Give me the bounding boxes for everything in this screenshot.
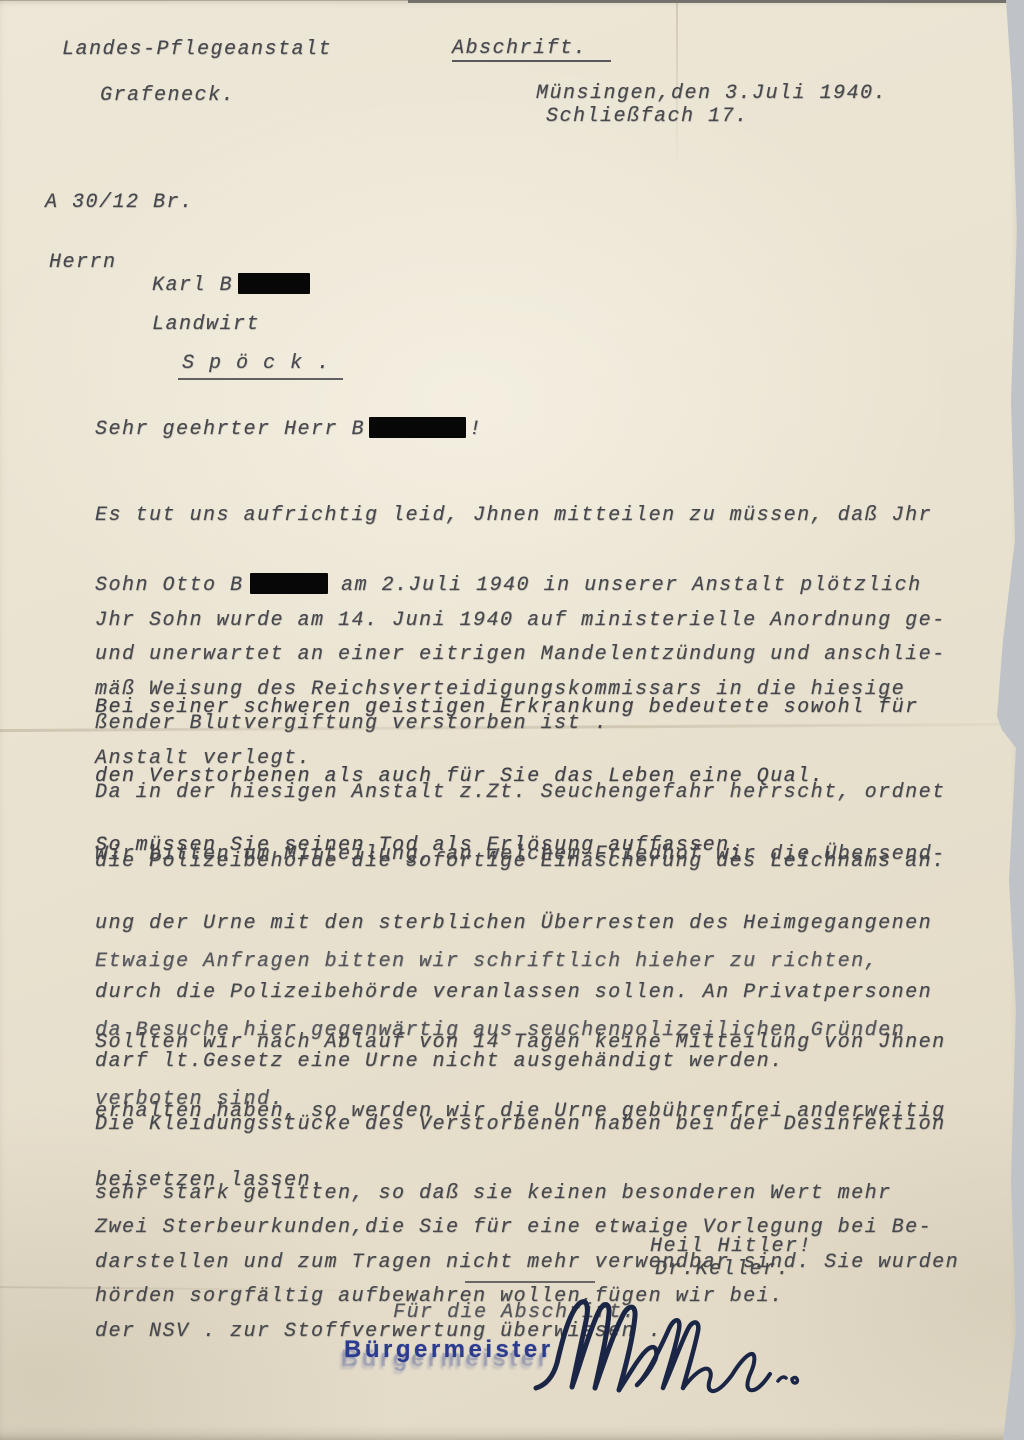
scan-edge-top-faint xyxy=(0,0,408,1)
recipient-name: Karl B xyxy=(152,273,310,297)
recipient-title: Herrn xyxy=(49,251,117,274)
copy-label-text: Abschrift. xyxy=(452,37,611,62)
scanned-letter-page: { "colors": { "scanner_background": "#bf… xyxy=(0,0,1024,1440)
reference-number: A 30/12 Br. xyxy=(45,191,194,214)
copy-label: Abschrift. xyxy=(452,37,611,62)
po-box: Schließfach 17. xyxy=(546,105,749,128)
recipient-town: S p ö c k . xyxy=(178,352,343,380)
redaction-box-name xyxy=(238,273,310,294)
sender-name: Landes-Pflegeanstalt xyxy=(62,38,332,61)
body-line: Bei seiner schweren geistigen Erkrankung… xyxy=(95,696,919,719)
recipient-name-visible: Karl B xyxy=(152,274,233,297)
closing-salute: Heil Hitler! xyxy=(650,1235,812,1258)
sender-location: Grafeneck. xyxy=(100,84,235,107)
salutation-line: Sehr geehrter Herr B! xyxy=(95,417,483,441)
body-line: Jhr Sohn wurde am 14. Juni 1940 auf mini… xyxy=(95,609,946,632)
closing-signer: Dr.Keller. xyxy=(655,1258,790,1281)
redaction-box-salutation xyxy=(369,417,466,438)
body-line: Es tut uns aufrichtig leid, Jhnen mittei… xyxy=(95,504,946,527)
handwritten-signature xyxy=(520,1293,810,1401)
recipient-occupation: Landwirt xyxy=(152,313,260,336)
scan-edge-top xyxy=(408,0,1024,3)
salutation-post: ! xyxy=(469,418,483,441)
recipient-town-text: S p ö c k . xyxy=(178,352,343,380)
letter-paper: Landes-Pflegeanstalt Grafeneck. Abschrif… xyxy=(0,0,1024,1440)
salutation-pre: Sehr geehrter Herr B xyxy=(95,418,365,441)
certification-divider-line xyxy=(465,1281,595,1283)
body-line: Etwaige Anfragen bitten wir schriftlich … xyxy=(95,950,905,973)
date-line: Münsingen,den 3.Juli 1940. xyxy=(536,82,887,105)
body-line: Sollten wir nach Ablauf von 14 Tagen kei… xyxy=(95,1031,946,1054)
body-line: Die Kleidungsstücke des Verstorbenen hab… xyxy=(95,1113,959,1136)
body-line: Wir bitten um Mitteilung, an welchem Fri… xyxy=(95,843,946,866)
